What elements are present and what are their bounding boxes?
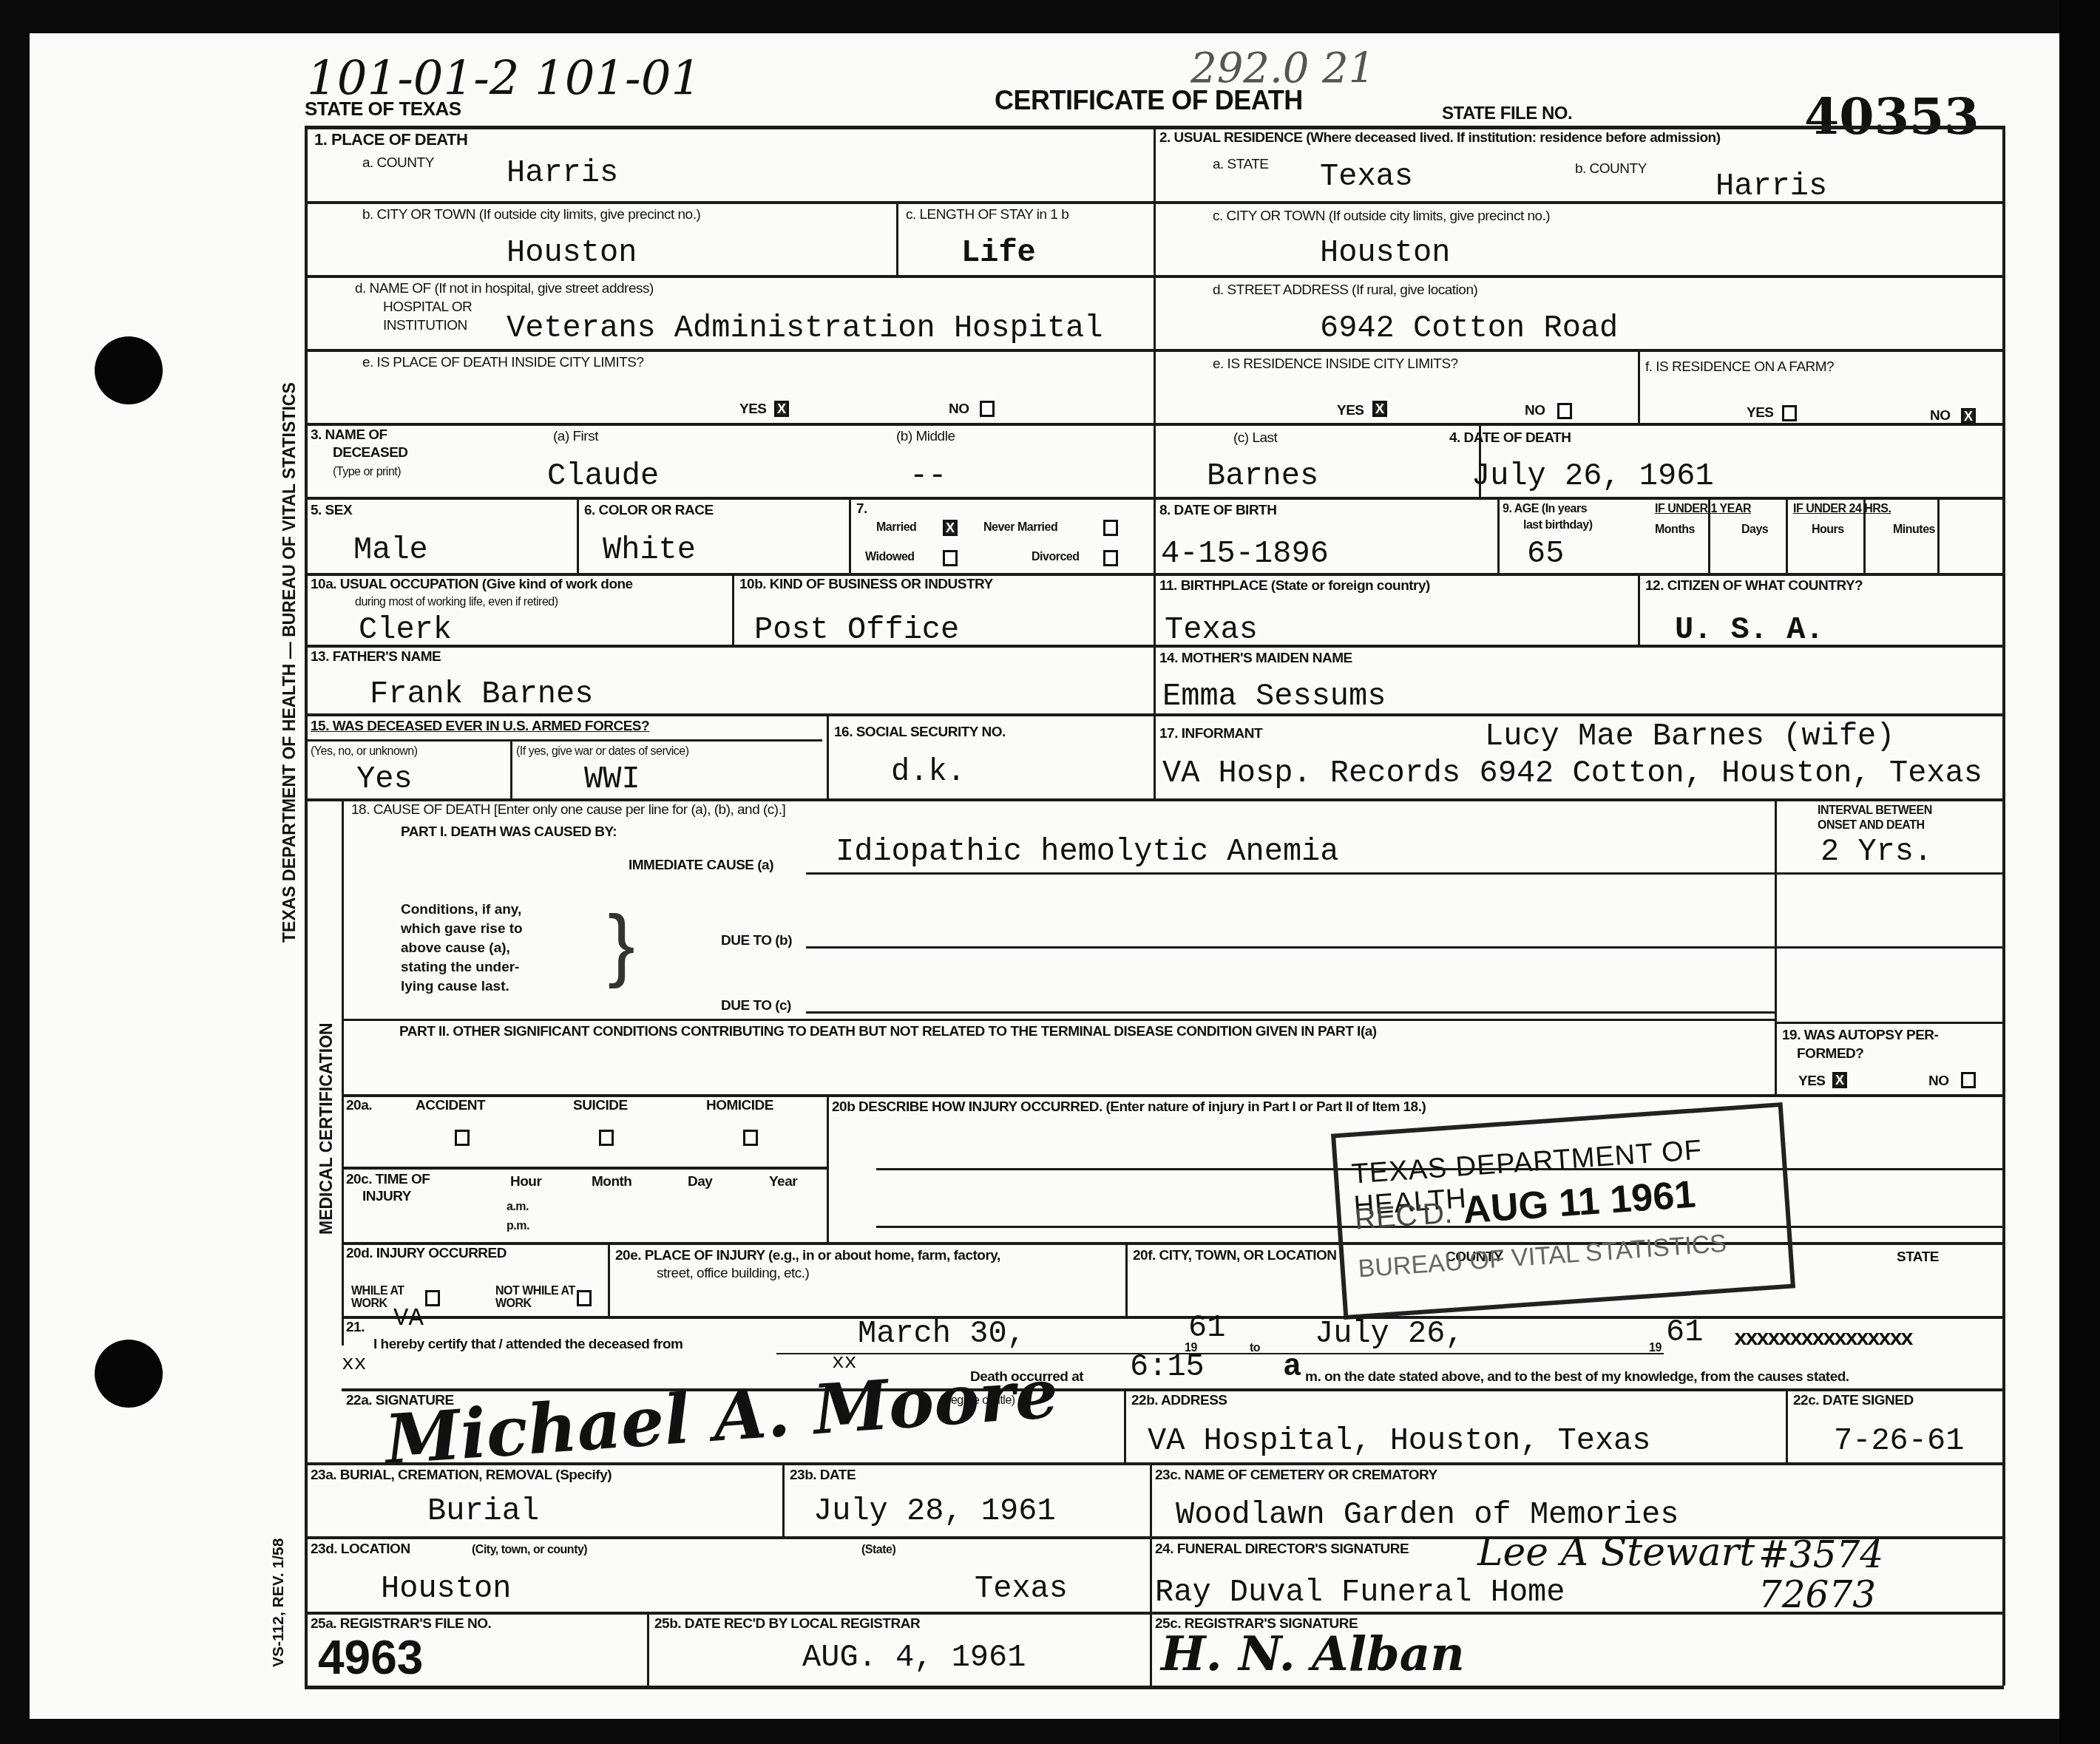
sex-value: Male xyxy=(353,532,428,568)
row-line xyxy=(342,1094,2004,1097)
months-label: Months xyxy=(1655,523,1695,537)
row-line xyxy=(305,349,2004,352)
divider xyxy=(1150,1462,1152,1686)
am-pm-value: a xyxy=(1283,1349,1301,1385)
never-married-label: Never Married xyxy=(983,521,1057,535)
residence-inside-limits-yes-checkbox[interactable]: X xyxy=(1372,401,1387,417)
part2-label: PART II. OTHER SIGNIFICANT CONDITIONS CO… xyxy=(399,1024,1377,1040)
medical-frame xyxy=(342,798,344,1346)
farm-no-checkbox[interactable]: X xyxy=(1961,408,1976,424)
frame-left xyxy=(305,126,308,1686)
under-24-hrs-label: IF UNDER 24 HRS. xyxy=(1793,503,1891,516)
divider xyxy=(1638,349,1640,423)
armed-forces-value: Yes xyxy=(356,761,413,797)
marital-label: 7. xyxy=(856,501,867,518)
registrar-date-value: AUG. 4, 1961 xyxy=(802,1640,1026,1675)
residence-city-value: Houston xyxy=(1320,235,1450,271)
divider xyxy=(577,497,579,573)
farm-label: f. IS RESIDENCE ON A FARM? xyxy=(1645,359,1834,376)
father-label: 13. FATHER'S NAME xyxy=(311,649,441,665)
yes-label: YES xyxy=(1798,1073,1826,1090)
part1-label: PART I. DEATH WAS CAUSED BY: xyxy=(401,824,617,841)
row-line xyxy=(305,275,2004,278)
suicide-checkbox[interactable] xyxy=(599,1130,614,1146)
divider xyxy=(827,713,829,798)
institution-label-2: HOSPITAL OR xyxy=(383,299,472,316)
disposition-date-value: July 28, 1961 xyxy=(813,1493,1056,1529)
department-margin-text: TEXAS DEPARTMENT OF HEALTH — BUREAU OF V… xyxy=(280,382,299,943)
interval-label: INTERVAL BETWEEN xyxy=(1818,804,1932,818)
informant-label: 17. INFORMANT xyxy=(1159,726,1262,742)
punch-hole-bottom xyxy=(95,1340,163,1408)
divider xyxy=(608,1242,610,1316)
struck-text: xxxxxxxxxxxxxxxx xyxy=(1734,1327,1911,1352)
injury-20a-label: 20a. xyxy=(346,1098,372,1114)
am-label: a.m. xyxy=(507,1201,529,1214)
row-line xyxy=(305,497,2004,500)
date-of-birth-label: 8. DATE OF BIRTH xyxy=(1159,503,1276,519)
scan-edge xyxy=(2059,0,2100,1744)
divider xyxy=(1937,497,1940,573)
informant-name-value: Lucy Mae Barnes (wife) xyxy=(1485,719,1895,754)
last-name-value: Barnes xyxy=(1207,458,1318,494)
armed-forces-label: 15. WAS DECEASED EVER IN U.S. ARMED FORC… xyxy=(311,719,649,735)
year-label: Year xyxy=(769,1174,797,1190)
autopsy-no-checkbox[interactable] xyxy=(1961,1072,1976,1088)
not-while-at-work-checkbox[interactable] xyxy=(577,1290,592,1306)
widowed-label: Widowed xyxy=(865,551,915,564)
row-line xyxy=(342,1316,2004,1319)
row-line xyxy=(305,798,2004,801)
to-year-prefix: 19 xyxy=(1649,1342,1662,1355)
age-value: 65 xyxy=(1527,536,1564,571)
homicide-label: HOMICIDE xyxy=(706,1098,773,1114)
residence-county-label: b. COUNTY xyxy=(1575,161,1647,177)
divider xyxy=(1497,497,1500,573)
institution-label: d. NAME OF (If not in hospital, give str… xyxy=(355,281,654,297)
city-label: b. CITY OR TOWN (If outside city limits,… xyxy=(362,207,700,223)
no-label: NO xyxy=(1930,408,1951,424)
minutes-label: Minutes xyxy=(1893,523,1935,537)
cert-21-label: 21. xyxy=(346,1320,365,1336)
place-of-injury-label: 20e. PLACE OF INJURY (e.g., in or about … xyxy=(615,1248,1000,1264)
divider xyxy=(510,739,512,798)
street-label: d. STREET ADDRESS (If rural, give locati… xyxy=(1213,282,1477,299)
funeral-director-license-1: #3574 xyxy=(1758,1533,1883,1576)
state-file-number: 40353 xyxy=(1804,87,1979,146)
suicide-label: SUICIDE xyxy=(573,1098,628,1114)
stay-value: Life xyxy=(961,235,1036,271)
divider xyxy=(647,1612,649,1686)
citizen-value: U. S. A. xyxy=(1675,612,1824,648)
funeral-director-signature: Lee A Stewart xyxy=(1477,1530,1755,1575)
occupation-label: 10a. USUAL OCCUPATION (Give kind of work… xyxy=(311,577,633,593)
mother-label: 14. MOTHER'S MAIDEN NAME xyxy=(1159,651,1352,667)
medical-certification-margin: MEDICAL CERTIFICATION xyxy=(316,1022,336,1235)
date-of-birth-value: 4-15-1896 xyxy=(1161,536,1329,571)
divider xyxy=(782,1462,785,1536)
cert-line xyxy=(776,1353,1664,1354)
birthplace-label: 11. BIRTHPLACE (State or foreign country… xyxy=(1159,578,1430,594)
age-label: 9. AGE (In years xyxy=(1503,503,1587,516)
stay-label: c. LENGTH OF STAY in 1 b xyxy=(906,207,1068,223)
widowed-checkbox[interactable] xyxy=(943,550,958,566)
location-label: 23d. LOCATION xyxy=(311,1541,410,1558)
received-stamp: TEXAS DEPARTMENT OF HEALTH REC'D. AUG 11… xyxy=(1331,1102,1795,1320)
immediate-cause-value: Idiopathic hemolytic Anemia xyxy=(836,834,1339,869)
war-value: WWI xyxy=(584,761,640,797)
location-city-sub: (City, town, or county) xyxy=(472,1544,587,1557)
yes-label: YES xyxy=(1337,403,1364,419)
date-signed-value: 7-26-61 xyxy=(1834,1423,1964,1459)
married-checkbox[interactable]: X xyxy=(943,520,958,536)
armed-sub-label: (Yes, no, or unknown) xyxy=(311,745,418,759)
divider xyxy=(1638,573,1640,645)
citizen-label: 12. CITIZEN OF WHAT COUNTRY? xyxy=(1645,578,1863,594)
yes-label: YES xyxy=(739,401,767,418)
cause-a-line xyxy=(806,872,1775,875)
informant-address-value: VA Hosp. Records 6942 Cotton, Houston, T… xyxy=(1162,756,1982,791)
divider xyxy=(1124,1388,1126,1462)
row-line xyxy=(305,1462,2004,1465)
first-name-value: Claude xyxy=(547,458,659,494)
autopsy-label: 19. WAS AUTOPSY PER- xyxy=(1782,1028,1938,1044)
farm-yes-checkbox[interactable] xyxy=(1782,405,1797,421)
institution-label-3: INSTITUTION xyxy=(383,318,467,334)
never-married-checkbox[interactable] xyxy=(1103,520,1118,536)
injury-state-label: STATE xyxy=(1897,1249,1939,1266)
middle-name-label: (b) Middle xyxy=(896,429,955,445)
row-line xyxy=(342,1019,1775,1021)
divider xyxy=(1125,1242,1128,1316)
no-label: NO xyxy=(1525,403,1545,419)
race-value: White xyxy=(603,532,696,568)
interval-label-2: ONSET AND DEATH xyxy=(1818,819,1925,832)
certify-text: I hereby certify that / attended the dec… xyxy=(373,1337,682,1353)
place-of-injury-label-2: street, office building, etc.) xyxy=(657,1266,809,1282)
row-line xyxy=(305,423,2004,426)
autopsy-yes-checkbox[interactable]: X xyxy=(1832,1072,1847,1088)
industry-value: Post Office xyxy=(754,612,959,648)
funeral-director-license-2: 72673 xyxy=(1758,1573,1876,1616)
va-insert: VA xyxy=(393,1305,424,1333)
due-to-c-label: DUE TO (c) xyxy=(721,998,791,1014)
location-city-value: Houston xyxy=(381,1571,511,1606)
divider xyxy=(1786,1388,1788,1462)
middle-name-value: -- xyxy=(910,458,946,494)
location-state-sub: (State) xyxy=(861,1544,895,1557)
homicide-checkbox[interactable] xyxy=(743,1130,758,1146)
county-label: a. COUNTY xyxy=(362,155,434,172)
ssn-label: 16. SOCIAL SECURITY NO. xyxy=(834,725,1006,741)
attended-from-year: 61 xyxy=(1188,1310,1225,1346)
brace: } xyxy=(608,903,635,985)
struck-xx: xx xyxy=(342,1353,367,1376)
cert-closing-text: m. on the date stated above, and to the … xyxy=(1305,1369,1849,1385)
frame-right xyxy=(2002,126,2005,1686)
name-label-2: DECEASED xyxy=(333,445,408,461)
residence-state-value: Texas xyxy=(1320,159,1413,194)
day-label: Day xyxy=(688,1174,712,1190)
row-line xyxy=(342,1167,827,1170)
row-line xyxy=(305,1612,2004,1615)
death-city-value: Houston xyxy=(507,235,637,271)
row-line xyxy=(305,573,2004,576)
row-line xyxy=(305,713,2004,716)
not-while-at-work-label: NOT WHILE AT WORK xyxy=(495,1285,577,1310)
row-line xyxy=(1775,1022,2004,1024)
name-label: 3. NAME OF xyxy=(311,427,387,444)
residence-state-label: a. STATE xyxy=(1213,157,1269,173)
certificate-paper xyxy=(30,33,2059,1719)
center-divider xyxy=(1154,126,1156,798)
injury-occurred-label: 20d. INJURY OCCURRED xyxy=(346,1246,507,1262)
race-label: 6. COLOR OR RACE xyxy=(584,503,714,519)
cemetery-value: Woodlawn Garden of Memories xyxy=(1176,1497,1679,1533)
birthplace-value: Texas xyxy=(1165,612,1258,648)
death-inside-limits-no-checkbox[interactable] xyxy=(980,401,995,417)
interval-value: 2 Yrs. xyxy=(1820,834,1932,869)
funeral-director-label: 24. FUNERAL DIRECTOR'S SIGNATURE xyxy=(1155,1541,1409,1558)
last-name-label: (c) Last xyxy=(1233,430,1277,447)
registrar-file-value: 4963 xyxy=(318,1630,423,1685)
punch-hole-top xyxy=(95,336,163,404)
hour-label: Hour xyxy=(510,1174,541,1190)
injury-city-label: 20f. CITY, TOWN, OR LOCATION xyxy=(1133,1248,1337,1264)
describe-injury-label: 20b DESCRIBE HOW INJURY OCCURRED. (Enter… xyxy=(832,1099,1426,1116)
state-heading: STATE OF TEXAS xyxy=(305,98,461,121)
cause-b-line xyxy=(806,946,1775,949)
autopsy-label-2: FORMED? xyxy=(1797,1046,1863,1062)
cause-label: 18. CAUSE OF DEATH [Enter only one cause… xyxy=(351,802,785,818)
divider xyxy=(849,497,851,573)
time-of-injury-label-2: INJURY xyxy=(362,1189,411,1205)
date-signed-label: 22c. DATE SIGNED xyxy=(1793,1393,1914,1409)
date-of-death-value: July 26, 1961 xyxy=(1471,458,1714,494)
disposition-date-label: 23b. DATE xyxy=(790,1468,856,1484)
disposition-method-value: Burial xyxy=(427,1493,539,1529)
divorced-label: Divorced xyxy=(1032,551,1079,564)
no-label: NO xyxy=(949,401,969,418)
due-to-b-label: DUE TO (b) xyxy=(721,933,792,949)
sex-label: 5. SEX xyxy=(311,503,352,519)
frame-bottom xyxy=(305,1686,2004,1689)
institution-value: Veterans Administration Hospital xyxy=(507,311,1103,346)
immediate-cause-label: IMMEDIATE CAUSE (a) xyxy=(629,858,773,874)
interval-line xyxy=(1775,872,2004,875)
residence-county-value: Harris xyxy=(1715,169,1827,204)
attended-from-date: March 30, xyxy=(858,1316,1026,1351)
registrar-date-label: 25b. DATE REC'D BY LOCAL REGISTRAR xyxy=(654,1616,920,1632)
accident-label: ACCIDENT xyxy=(416,1098,485,1114)
first-name-label: (a) First xyxy=(553,429,598,445)
physician-address-value: VA Hospital, Houston, Texas xyxy=(1148,1423,1651,1459)
divider xyxy=(896,201,898,275)
days-label: Days xyxy=(1741,523,1768,537)
residence-inside-limits-label: e. IS RESIDENCE INSIDE CITY LIMITS? xyxy=(1213,356,1458,373)
form-number: VS-112, REV. 1/58 xyxy=(270,1538,288,1667)
date-of-death-label: 4. DATE OF DEATH xyxy=(1449,430,1571,447)
state-file-label: STATE FILE NO. xyxy=(1442,104,1572,124)
usual-residence-label: 2. USUAL RESIDENCE (Where deceased lived… xyxy=(1159,130,1721,146)
mother-value: Emma Sessums xyxy=(1162,679,1386,714)
divider xyxy=(732,573,734,645)
occupation-label-2: during most of working life, even if ret… xyxy=(355,596,558,609)
funeral-home-value: Ray Duval Funeral Home xyxy=(1155,1575,1565,1610)
ssn-value: d.k. xyxy=(891,754,966,790)
divider xyxy=(1786,497,1788,573)
month-label: Month xyxy=(592,1174,631,1190)
conditions-note: Conditions, if any, which gave rise to a… xyxy=(401,900,523,997)
divorced-checkbox[interactable] xyxy=(1103,550,1118,566)
stamp-bureau: BUREAU OF VITAL STATISTICS xyxy=(1357,1229,1727,1284)
location-state-value: Texas xyxy=(975,1571,1068,1606)
occupation-value: Clerk xyxy=(359,612,452,648)
divider xyxy=(827,1094,829,1242)
to-label: to xyxy=(1250,1342,1260,1355)
registrar-signature: H. N. Alban xyxy=(1161,1626,1465,1682)
residence-city-label: c. CITY OR TOWN (If outside city limits,… xyxy=(1213,208,1550,225)
place-of-death-label: 1. PLACE OF DEATH xyxy=(314,130,467,149)
married-label: Married xyxy=(876,521,916,535)
war-sub-label: (If yes, give war or dates of service) xyxy=(516,745,689,759)
industry-label: 10b. KIND OF BUSINESS OR INDUSTRY xyxy=(739,577,993,593)
time-of-injury-label: 20c. TIME OF xyxy=(346,1172,430,1188)
death-inside-limits-yes-checkbox[interactable]: X xyxy=(774,401,789,417)
row-line xyxy=(305,739,822,742)
age-label-2: last birthday) xyxy=(1523,519,1592,532)
under-1-year-label: IF UNDER 1 YEAR xyxy=(1655,503,1751,516)
street-value: 6942 Cotton Road xyxy=(1320,311,1618,346)
death-county-value: Harris xyxy=(507,155,618,191)
no-label: NO xyxy=(1928,1073,1949,1090)
residence-inside-limits-no-checkbox[interactable] xyxy=(1557,403,1572,419)
father-value: Frank Barnes xyxy=(370,676,593,712)
attended-to-date: July 26, xyxy=(1315,1316,1464,1351)
cemetery-label: 23c. NAME OF CEMETERY OR CREMATORY xyxy=(1155,1468,1437,1484)
hours-label: Hours xyxy=(1812,523,1844,537)
interval-line xyxy=(1775,946,2004,949)
name-label-3: (Type or print) xyxy=(333,466,401,479)
attended-to-year: 61 xyxy=(1666,1314,1703,1350)
stamp-recd: REC'D. xyxy=(1354,1197,1454,1237)
inside-limits-label: e. IS PLACE OF DEATH INSIDE CITY LIMITS? xyxy=(362,355,644,371)
pm-label: p.m. xyxy=(507,1220,529,1233)
certificate-title: CERTIFICATE OF DEATH xyxy=(995,85,1303,116)
accident-checkbox[interactable] xyxy=(455,1130,470,1146)
while-at-work-checkbox[interactable] xyxy=(425,1290,440,1306)
death-time-value: 6:15 xyxy=(1130,1349,1205,1385)
cause-c-line xyxy=(806,1011,1775,1014)
yes-label: YES xyxy=(1747,405,1774,421)
physician-address-label: 22b. ADDRESS xyxy=(1131,1393,1227,1409)
disposition-method-label: 23a. BURIAL, CREMATION, REMOVAL (Specify… xyxy=(311,1468,612,1484)
